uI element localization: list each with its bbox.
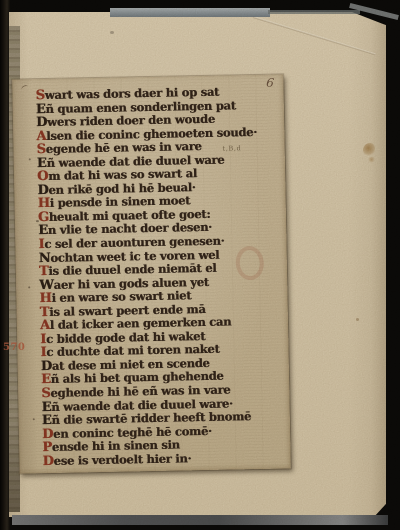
headband-cloth bbox=[110, 8, 270, 17]
paper-stain bbox=[110, 31, 114, 34]
rubricated-initial: D bbox=[42, 454, 53, 469]
book-bottom-edge bbox=[12, 515, 388, 525]
verse-line: Dese is verdoelt hier in· bbox=[42, 451, 263, 469]
ink-speck bbox=[33, 418, 35, 420]
paper-stain bbox=[368, 156, 375, 163]
folio-number: 6 bbox=[266, 75, 275, 90]
headband-cloth-shadow bbox=[268, 10, 360, 14]
printed-leaf: 6 t,B,d Swart was dors daer hi op satEñ … bbox=[12, 74, 291, 473]
text-block: Swart was dors daer hi op satEñ quam ene… bbox=[35, 85, 263, 468]
paper-stain bbox=[356, 318, 359, 321]
ink-speck bbox=[28, 286, 30, 288]
pen-squiggle bbox=[21, 84, 29, 92]
ink-speck bbox=[29, 158, 31, 160]
line-number-annotation: 570 bbox=[3, 342, 25, 353]
ink-speck bbox=[36, 220, 39, 222]
book-scan: 6 t,B,d Swart was dors daer hi op satEñ … bbox=[0, 0, 400, 530]
